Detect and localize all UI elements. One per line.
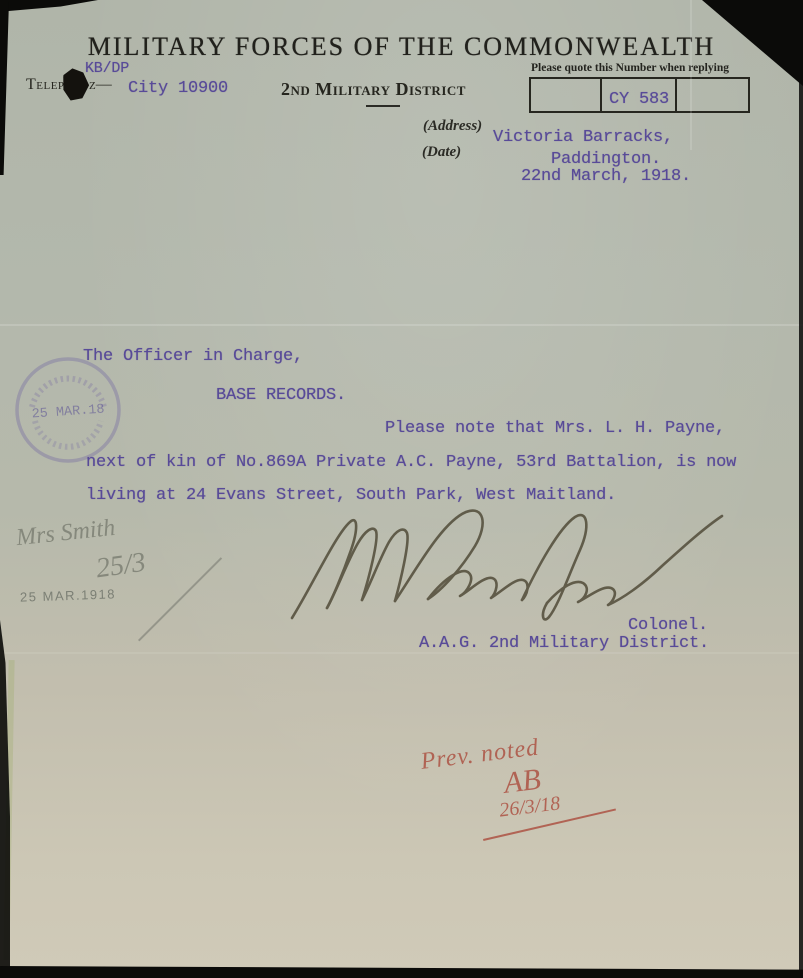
recipient-line: The Officer in Charge,	[83, 347, 303, 366]
small-date-stamp: 25 MAR.1918	[20, 586, 116, 604]
pencil-note-date: 25/3	[94, 547, 148, 586]
recipient-line: BASE RECORDS.	[216, 386, 346, 405]
red-ink-note: Prev. noted AB 26/3/18	[419, 714, 672, 862]
quote-instruction: Please quote this Number when replying	[531, 62, 729, 74]
scan-edge-right	[799, 80, 803, 978]
telephone-label-suffix: z—	[89, 76, 112, 94]
file-number-box-divider	[675, 79, 677, 111]
scan-edge-top-left	[0, 0, 98, 13]
signature-unit: A.A.G. 2nd Military District.	[419, 634, 709, 653]
scan-edge-bottom	[0, 962, 803, 978]
file-number-box-divider	[600, 79, 602, 111]
address-label: (Address)	[423, 118, 482, 135]
date-line: 22nd March, 1918.	[521, 167, 691, 186]
date-label: (Date)	[422, 144, 461, 161]
reference-code: KB/DP	[85, 60, 129, 77]
received-date-stamp: 25 MAR.18	[8, 355, 123, 465]
paper-crease	[690, 0, 692, 150]
letterhead-title: MILITARY FORCES OF THE COMMONWEALTH	[0, 32, 803, 62]
district-heading: 2nd Military District	[281, 79, 466, 100]
scanned-letter-page: MILITARY FORCES OF THE COMMONWEALTH KB/D…	[0, 0, 803, 978]
telephone-number: City 10900	[128, 79, 228, 98]
paper-crease	[0, 324, 803, 326]
scan-edge-left-top	[0, 0, 9, 175]
file-number: CY 583	[609, 90, 669, 109]
address-line: Victoria Barracks,	[493, 128, 673, 147]
body-line: Please note that Mrs. L. H. Payne,	[385, 419, 725, 438]
signature-rank: Colonel.	[628, 616, 708, 635]
round-stamp-date: 25 MAR.18	[31, 402, 105, 422]
district-rule	[366, 105, 400, 107]
handwritten-signature	[270, 500, 760, 635]
file-number-box: CY 583	[529, 77, 750, 113]
paper-crease	[0, 652, 803, 654]
pencil-stroke	[138, 557, 222, 641]
body-line: next of kin of No.869A Private A.C. Payn…	[86, 453, 736, 472]
pencil-note-name: Mrs Smith	[15, 515, 117, 552]
